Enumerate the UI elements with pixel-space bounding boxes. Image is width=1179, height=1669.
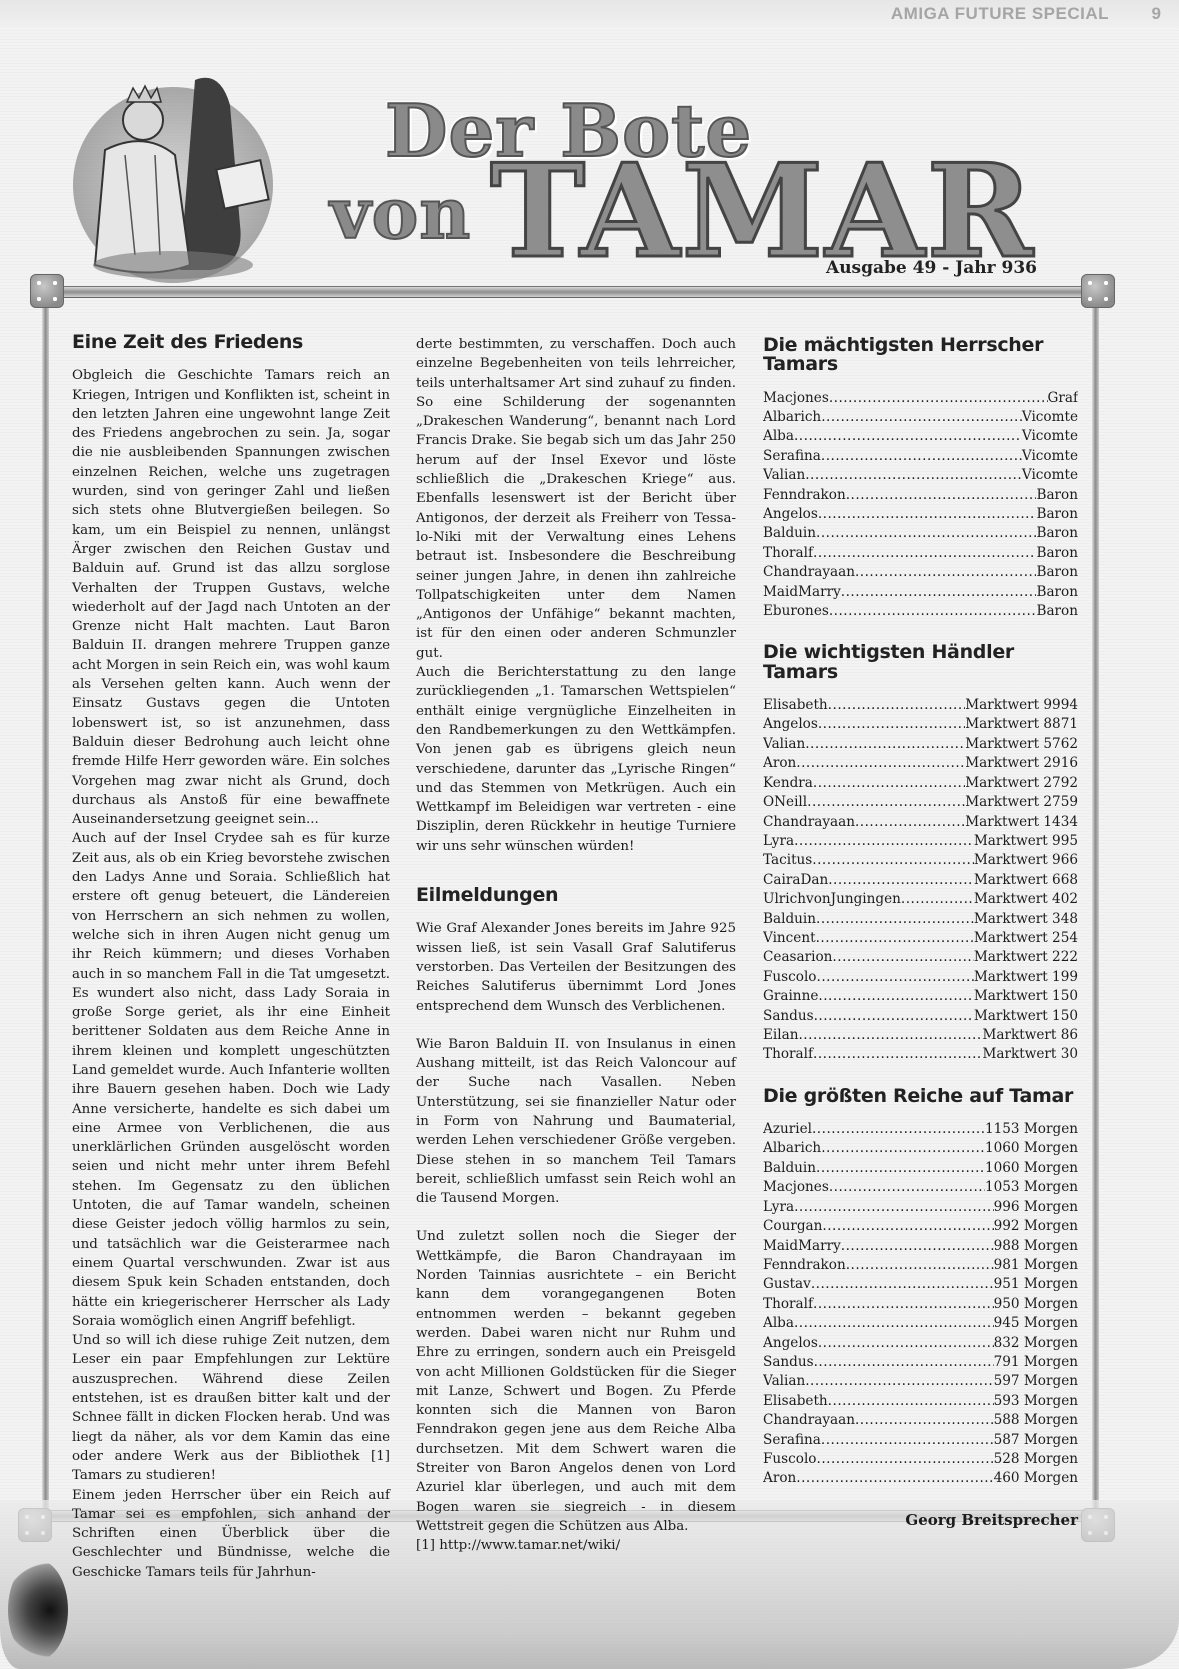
dot-leader: [818, 987, 973, 1006]
list-item: CeasarionMarktwert 222: [763, 948, 1078, 967]
entry-name: Alba: [763, 1314, 794, 1333]
dot-leader: [821, 1139, 985, 1158]
list-item: Fuscolo528 Morgen: [763, 1450, 1078, 1469]
list-item: Fenndrakon981 Morgen: [763, 1256, 1078, 1275]
entry-name: Kendra: [763, 774, 813, 793]
entry-value: Marktwert 2792: [965, 774, 1078, 793]
dot-leader: [811, 1275, 994, 1294]
dot-leader: [822, 1217, 993, 1236]
dot-leader: [901, 890, 974, 909]
entry-name: ONeill: [763, 793, 807, 812]
list-item: UlrichvonJungingenMarktwert 402: [763, 890, 1078, 909]
list-item: ThoralfBaron: [763, 544, 1078, 563]
article-paragraph: Obgleich die Geschichte Tamars reich an …: [72, 366, 390, 829]
dot-leader: [813, 1045, 983, 1064]
entry-name: Azuriel: [763, 1120, 812, 1139]
entry-name: Grainne: [763, 987, 818, 1006]
entry-name: Elisabeth: [763, 696, 828, 715]
dot-leader: [817, 1450, 994, 1469]
entry-name: Valian: [763, 466, 805, 485]
entry-name: Thoralf: [763, 544, 813, 563]
entry-name: MaidMarry: [763, 1237, 841, 1256]
rankings-column: Die mächtigsten Herrscher Tamars Macjone…: [763, 336, 1078, 1530]
entry-value: Marktwert 222: [974, 948, 1078, 967]
entry-value: 1053 Morgen: [985, 1178, 1078, 1197]
list-item: EburonesBaron: [763, 602, 1078, 621]
article-paragraph: Einem jeden Herrscher über ein Reich auf…: [72, 1486, 390, 1582]
list-item: Serafina587 Morgen: [763, 1431, 1078, 1450]
entry-name: Fenndrakon: [763, 1256, 846, 1275]
entry-name: Chandrayaan: [763, 1411, 855, 1430]
entry-name: Aron: [763, 754, 796, 773]
list-item: FenndrakonBaron: [763, 486, 1078, 505]
traders-list: ElisabethMarktwert 9994AngelosMarktwert …: [763, 696, 1078, 1065]
list-item: Sandus791 Morgen: [763, 1353, 1078, 1372]
entry-name: Courgan: [763, 1217, 822, 1236]
dot-leader: [855, 1411, 994, 1430]
entry-value: 981 Morgen: [994, 1256, 1078, 1275]
entry-value: Marktwert 9994: [965, 696, 1078, 715]
list-item: Thoralf950 Morgen: [763, 1295, 1078, 1314]
entry-value: 528 Morgen: [994, 1450, 1078, 1469]
article-paragraph: Und so will ich diese ruhige Zeit nutzen…: [72, 1331, 390, 1485]
dot-leader: [829, 389, 1048, 408]
dot-leader: [832, 948, 973, 967]
dot-leader: [855, 813, 965, 832]
dot-leader: [841, 583, 1037, 602]
list-item: Angelos832 Morgen: [763, 1334, 1078, 1353]
entry-value: 791 Morgen: [994, 1353, 1078, 1372]
dot-leader: [846, 1256, 994, 1275]
entry-value: Vicomte: [1022, 447, 1078, 466]
entry-value: Marktwert 30: [983, 1045, 1078, 1064]
list-item: Aron460 Morgen: [763, 1469, 1078, 1488]
entry-value: Marktwert 668: [974, 871, 1078, 890]
entry-name: Albarich: [763, 1139, 821, 1158]
entry-value: Marktwert 2759: [965, 793, 1078, 812]
news-heading: Eilmeldungen: [416, 886, 736, 905]
dot-leader: [816, 929, 974, 948]
list-item: SerafinaVicomte: [763, 447, 1078, 466]
dot-leader: [821, 1431, 994, 1450]
dot-leader: [796, 1469, 993, 1488]
list-item: BalduinBaron: [763, 524, 1078, 543]
article-heading: Eine Zeit des Friedens: [72, 333, 390, 352]
article-column-1: Eine Zeit des Friedens Obgleich die Gesc…: [72, 333, 390, 1582]
list-item: Alba945 Morgen: [763, 1314, 1078, 1333]
entry-value: Vicomte: [1022, 427, 1078, 446]
entry-value: Marktwert 8871: [965, 715, 1078, 734]
list-item: Valian597 Morgen: [763, 1372, 1078, 1391]
masthead-title-von: von: [330, 172, 471, 255]
dot-leader: [805, 466, 1022, 485]
list-item: SandusMarktwert 150: [763, 1007, 1078, 1026]
list-item: Albarich1060 Morgen: [763, 1139, 1078, 1158]
dot-leader: [813, 1295, 994, 1314]
list-item: AngelosBaron: [763, 505, 1078, 524]
list-item: LyraMarktwert 995: [763, 832, 1078, 851]
entry-value: Marktwert 150: [974, 987, 1078, 1006]
entry-name: Serafina: [763, 447, 821, 466]
list-item: ThoralfMarktwert 30: [763, 1045, 1078, 1064]
entry-name: Alba: [763, 427, 794, 446]
entry-name: Lyra: [763, 1198, 794, 1217]
article-paragraph: Auch auf der Insel Crydee sah es für kur…: [72, 829, 390, 1331]
dot-leader: [812, 851, 974, 870]
entry-value: 1153 Morgen: [985, 1120, 1078, 1139]
dot-leader: [813, 544, 1036, 563]
scroll-curl-shadow: [8, 1560, 68, 1660]
entry-value: Baron: [1036, 544, 1078, 563]
scroll-left-rod: [42, 300, 49, 1515]
news-paragraph: Wie Baron Balduin II. von Insulanus in e…: [416, 1035, 736, 1209]
entry-name: Albarich: [763, 408, 821, 427]
list-item: AronMarktwert 2916: [763, 754, 1078, 773]
dot-leader: [829, 602, 1037, 621]
entry-name: Valian: [763, 1372, 805, 1391]
entry-name: Eilan: [763, 1026, 798, 1045]
list-item: ElisabethMarktwert 9994: [763, 696, 1078, 715]
list-item: AlbaVicomte: [763, 427, 1078, 446]
dot-leader: [816, 910, 974, 929]
dot-leader: [796, 754, 965, 773]
entry-value: Vicomte: [1022, 408, 1078, 427]
list-item: EilanMarktwert 86: [763, 1026, 1078, 1045]
entry-value: 996 Morgen: [994, 1198, 1078, 1217]
entry-name: Elisabeth: [763, 1392, 828, 1411]
list-item: ChandrayaanMarktwert 1434: [763, 813, 1078, 832]
dot-leader: [794, 1314, 994, 1333]
list-item: Elisabeth593 Morgen: [763, 1392, 1078, 1411]
dot-leader: [821, 408, 1022, 427]
dot-leader: [818, 715, 965, 734]
entry-name: Ceasarion: [763, 948, 832, 967]
entry-name: UlrichvonJungingen: [763, 890, 901, 909]
dot-leader: [817, 968, 974, 987]
dot-leader: [812, 1120, 985, 1139]
list-item: Chandrayaan588 Morgen: [763, 1411, 1078, 1430]
list-item: AngelosMarktwert 8871: [763, 715, 1078, 734]
entry-name: Chandrayaan: [763, 813, 855, 832]
entry-value: Marktwert 348: [974, 910, 1078, 929]
entry-value: Baron: [1036, 505, 1078, 524]
entry-name: Sandus: [763, 1353, 814, 1372]
list-item: Lyra996 Morgen: [763, 1198, 1078, 1217]
entry-value: Marktwert 1434: [965, 813, 1078, 832]
dot-leader: [828, 696, 966, 715]
article-paragraph: Auch die Berichterstattung zu den lange …: [416, 663, 736, 856]
entry-name: Tacitus: [763, 851, 812, 870]
entry-value: Marktwert 995: [974, 832, 1078, 851]
news-paragraph: Und zuletzt sollen noch die Sieger der W…: [416, 1227, 736, 1536]
list-item: ChandrayaanBaron: [763, 563, 1078, 582]
entry-value: Baron: [1036, 602, 1078, 621]
list-item: Gustav951 Morgen: [763, 1275, 1078, 1294]
dot-leader: [821, 447, 1022, 466]
list-item: CairaDanMarktwert 668: [763, 871, 1078, 890]
entry-value: Marktwert 402: [974, 890, 1078, 909]
entry-value: Baron: [1036, 563, 1078, 582]
entry-value: 992 Morgen: [994, 1217, 1078, 1236]
dot-leader: [805, 735, 965, 754]
entry-value: Baron: [1036, 486, 1078, 505]
entry-value: 460 Morgen: [994, 1469, 1078, 1488]
scroll-top-rod: [50, 286, 1100, 298]
entry-value: Baron: [1036, 524, 1078, 543]
entry-name: Balduin: [763, 1159, 816, 1178]
masthead-title-tamar: TAMAR: [490, 148, 1035, 276]
realms-heading: Die größten Reiche auf Tamar: [763, 1087, 1078, 1106]
entry-value: Marktwert 199: [974, 968, 1078, 987]
list-item: FuscoloMarktwert 199: [763, 968, 1078, 987]
list-item: AlbarichVicomte: [763, 408, 1078, 427]
list-item: ValianMarktwert 5762: [763, 735, 1078, 754]
entry-name: Lyra: [763, 832, 794, 851]
dot-leader: [816, 524, 1036, 543]
entry-value: 587 Morgen: [994, 1431, 1078, 1450]
entry-name: MaidMarry: [763, 583, 841, 602]
entry-name: Balduin: [763, 524, 816, 543]
dot-leader: [814, 1007, 974, 1026]
scroll-knob-top-right: [1081, 274, 1115, 308]
list-item: MaidMarry988 Morgen: [763, 1237, 1078, 1256]
realms-list: Azuriel1153 MorgenAlbarich1060 MorgenBal…: [763, 1120, 1078, 1489]
list-item: BalduinMarktwert 348: [763, 910, 1078, 929]
dot-leader: [814, 1353, 994, 1372]
dot-leader: [829, 1178, 985, 1197]
entry-value: Baron: [1036, 583, 1078, 602]
dot-leader: [818, 505, 1037, 524]
list-item: VincentMarktwert 254: [763, 929, 1078, 948]
scroll-knob-top-left: [30, 274, 64, 308]
dot-leader: [816, 1159, 985, 1178]
traders-heading: Die wichtigsten Händler Tamars: [763, 643, 1078, 682]
entry-value: 1060 Morgen: [985, 1159, 1078, 1178]
entry-name: Sandus: [763, 1007, 814, 1026]
list-item: ValianVicomte: [763, 466, 1078, 485]
entry-value: 832 Morgen: [994, 1334, 1078, 1353]
entry-name: Thoralf: [763, 1295, 813, 1314]
dot-leader: [807, 793, 965, 812]
entry-name: Aron: [763, 1469, 796, 1488]
entry-name: Macjones: [763, 389, 829, 408]
footnote-link[interactable]: [1] http://www.tamar.net/wiki/: [416, 1536, 736, 1555]
entry-name: Macjones: [763, 1178, 829, 1197]
dot-leader: [828, 1392, 994, 1411]
dot-leader: [794, 427, 1022, 446]
entry-name: Angelos: [763, 505, 818, 524]
rulers-heading: Die mächtigsten Herrscher Tamars: [763, 336, 1078, 375]
dot-leader: [828, 871, 974, 890]
dot-leader: [846, 486, 1037, 505]
entry-value: Marktwert 5762: [965, 735, 1078, 754]
entry-value: Graf: [1048, 389, 1079, 408]
page-number: 9: [1152, 4, 1161, 24]
issue-line: Ausgabe 49 - Jahr 936: [826, 258, 1037, 278]
news-paragraph: Wie Graf Alexander Jones bereits im Jahr…: [416, 919, 736, 1015]
entry-value: 597 Morgen: [994, 1372, 1078, 1391]
entry-name: Valian: [763, 735, 805, 754]
entry-value: Marktwert 2916: [965, 754, 1078, 773]
entry-name: Fuscolo: [763, 1450, 817, 1469]
entry-name: Serafina: [763, 1431, 821, 1450]
entry-value: 950 Morgen: [994, 1295, 1078, 1314]
entry-name: Angelos: [763, 1334, 818, 1353]
dot-leader: [794, 832, 974, 851]
entry-value: Marktwert 150: [974, 1007, 1078, 1026]
running-header-bar: AMIGA FUTURE SPECIAL 9: [0, 0, 1179, 28]
dot-leader: [794, 1198, 994, 1217]
rulers-list: MacjonesGrafAlbarichVicomteAlbaVicomteSe…: [763, 389, 1078, 622]
entry-value: 945 Morgen: [994, 1314, 1078, 1333]
list-item: Balduin1060 Morgen: [763, 1159, 1078, 1178]
entry-name: Fuscolo: [763, 968, 817, 987]
article-column-2: derte bestimmten, zu verschaffen. Doch a…: [416, 335, 736, 1556]
list-item: Macjones1053 Morgen: [763, 1178, 1078, 1197]
dot-leader: [855, 563, 1036, 582]
entry-name: Thoralf: [763, 1045, 813, 1064]
running-head: AMIGA FUTURE SPECIAL: [891, 4, 1109, 24]
scroll-right-rod: [1092, 300, 1099, 1515]
list-item: ONeillMarktwert 2759: [763, 793, 1078, 812]
entry-value: 1060 Morgen: [985, 1139, 1078, 1158]
masthead: Der Bote von TAMAR: [20, 30, 1160, 280]
dot-leader: [805, 1372, 993, 1391]
entry-name: CairaDan: [763, 871, 828, 890]
dot-leader: [818, 1334, 994, 1353]
list-item: MacjonesGraf: [763, 389, 1078, 408]
entry-value: 988 Morgen: [994, 1237, 1078, 1256]
entry-value: Marktwert 254: [974, 929, 1078, 948]
entry-value: Marktwert 966: [974, 851, 1078, 870]
entry-value: 588 Morgen: [994, 1411, 1078, 1430]
entry-name: Angelos: [763, 715, 818, 734]
article-paragraph: derte bestimmten, zu verschaffen. Doch a…: [416, 335, 736, 663]
list-item: MaidMarryBaron: [763, 583, 1078, 602]
entry-value: Marktwert 86: [983, 1026, 1078, 1045]
dot-leader: [798, 1026, 982, 1045]
entry-name: Eburones: [763, 602, 829, 621]
entry-value: 593 Morgen: [994, 1392, 1078, 1411]
list-item: KendraMarktwert 2792: [763, 774, 1078, 793]
entry-name: Gustav: [763, 1275, 811, 1294]
entry-name: Balduin: [763, 910, 816, 929]
list-item: TacitusMarktwert 966: [763, 851, 1078, 870]
entry-name: Vincent: [763, 929, 816, 948]
two-robed-figures-illustration: [65, 60, 280, 285]
list-item: Courgan992 Morgen: [763, 1217, 1078, 1236]
entry-value: Vicomte: [1022, 466, 1078, 485]
list-item: GrainneMarktwert 150: [763, 987, 1078, 1006]
author-byline: Georg Breitsprecher: [763, 1511, 1078, 1530]
entry-name: Fenndrakon: [763, 486, 846, 505]
list-item: Azuriel1153 Morgen: [763, 1120, 1078, 1139]
dot-leader: [813, 774, 965, 793]
entry-name: Chandrayaan: [763, 563, 855, 582]
entry-value: 951 Morgen: [994, 1275, 1078, 1294]
dot-leader: [841, 1237, 994, 1256]
